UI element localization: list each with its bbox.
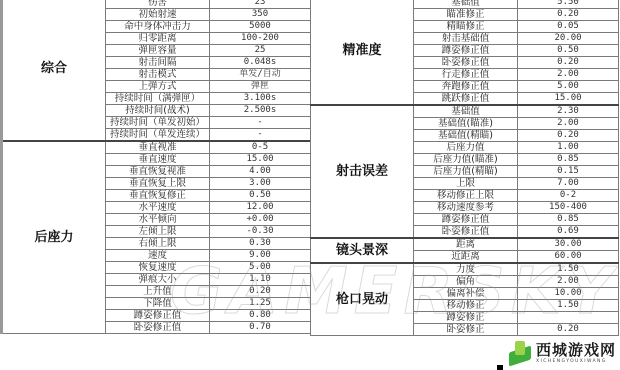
stat-label: 蹲姿修正值	[106, 310, 210, 322]
stat-value: 2.500s	[210, 105, 311, 117]
stat-label: 弹痕大小	[106, 274, 210, 286]
stat-label: 移动修正上限	[414, 190, 518, 202]
stat-value: 15.00	[210, 154, 311, 166]
group-header: 精准度	[311, 0, 414, 105]
stat-value: 0.50	[210, 190, 311, 202]
group-header: 射击误差	[311, 105, 414, 238]
stat-label: 持续时间（单发初始）	[106, 117, 210, 129]
stat-value: 15.00	[518, 93, 619, 106]
stat-label: 卧姿修正值	[106, 322, 210, 334]
group-header: 后座力	[2, 141, 106, 334]
stat-value: 单发/自动	[210, 69, 311, 81]
stat-label: 移动速度参考	[414, 202, 518, 214]
stat-label: 射击间隔	[106, 57, 210, 69]
stat-label: 弹匣容量	[106, 45, 210, 57]
stat-label: 基础值	[414, 105, 518, 118]
stat-value: 3.100s	[210, 93, 311, 105]
stat-value: 5.00	[210, 262, 311, 274]
stat-label: 初始射速	[106, 9, 210, 21]
stat-value: 150-400	[518, 202, 619, 214]
group-header: 综合	[2, 0, 106, 141]
stat-label: 后座力值	[414, 142, 518, 154]
stat-value: 7.00	[518, 178, 619, 190]
stat-value: 0.85	[518, 154, 619, 166]
stat-label: 上升值	[106, 286, 210, 298]
stat-value: 0-2	[518, 190, 619, 202]
stat-value: -0.30	[210, 226, 311, 238]
table-row: 后座力垂直视准0-5	[2, 141, 311, 154]
stat-value: 350	[210, 9, 311, 21]
stat-value: 60.00	[518, 251, 619, 264]
stat-label: 右倾上限	[106, 238, 210, 250]
group-header: 镜头景深	[311, 238, 414, 263]
stat-value: 20.00	[518, 33, 619, 45]
table-row: 射击误差基础值2.30	[311, 105, 619, 118]
stat-value: 4.00	[210, 166, 311, 178]
stat-label: 归零距离	[106, 33, 210, 45]
stat-value: -	[210, 129, 311, 142]
stat-label: 蹲姿修正值	[414, 45, 518, 57]
stat-value: 0.85	[518, 214, 619, 226]
stat-value: 30.00	[518, 238, 619, 251]
stat-value: 9.00	[210, 250, 311, 262]
stat-value: 1.50	[518, 263, 619, 276]
stat-value: 5000	[210, 21, 311, 33]
stat-label: 垂直恢复修正	[106, 190, 210, 202]
stat-value: 0.20	[518, 130, 619, 142]
stat-value: 2.30	[518, 105, 619, 118]
stat-label: 上弹方式	[106, 81, 210, 93]
stat-label: 基础值	[414, 0, 518, 9]
stat-value: 5.00	[518, 81, 619, 93]
stat-value	[518, 312, 619, 324]
table-row: 枪口晃动力度1.50	[311, 263, 619, 276]
stat-value: 5.50	[518, 0, 619, 9]
left-stats-table: 综合伤害23初始射速350命中身体冲击力5000归零距离100-200弹匣容量2…	[0, 0, 311, 334]
stat-value: 0.69	[518, 226, 619, 239]
stat-label: 近距离	[414, 251, 518, 264]
stat-value: +0.00	[210, 214, 311, 226]
stat-label: 水平倾向	[106, 214, 210, 226]
stat-value: 0.70	[210, 322, 311, 334]
stat-value: 0.20	[210, 286, 311, 298]
stat-value: 1.10	[210, 274, 311, 286]
table-row: 镜头景深距离30.00	[311, 238, 619, 251]
stat-label: 蹲姿修正值	[414, 214, 518, 226]
stat-value: 0.20	[518, 9, 619, 21]
stat-value: 0.20	[518, 57, 619, 69]
stat-label: 跳跃修正值	[414, 93, 518, 106]
stat-label: 偏离补偿	[414, 288, 518, 300]
stat-value: 0.048s	[210, 57, 311, 69]
stat-label: 力度	[414, 263, 518, 276]
stat-value: 2.00	[518, 69, 619, 81]
stat-value: 1.00	[518, 142, 619, 154]
stat-value: 25	[210, 45, 311, 57]
stat-label: 精瞄修正	[414, 21, 518, 33]
stat-value: 1.25	[210, 298, 311, 310]
logo-name-en: XICHENGYOUXIWANG	[536, 359, 616, 365]
stat-label: 卧姿修正值	[414, 57, 518, 69]
stat-label: 持续时间（单发连续）	[106, 129, 210, 142]
stat-label: 持续时间(战术)	[106, 105, 210, 117]
stat-label: 射击基础值	[414, 33, 518, 45]
table-row: 综合伤害23	[2, 0, 311, 9]
stat-label: 垂直视准	[106, 141, 210, 154]
stat-label: 上限	[414, 178, 518, 190]
stat-label: 下降值	[106, 298, 210, 310]
stat-label: 奔跑修正值	[414, 81, 518, 93]
stat-value: 0.05	[518, 21, 619, 33]
stat-label: 瞄准修正	[414, 9, 518, 21]
stat-label: 左倾上限	[106, 226, 210, 238]
stat-label: 水平速度	[106, 202, 210, 214]
stats-sheet: 综合伤害23初始射速350命中身体冲击力5000归零距离100-200弹匣容量2…	[0, 0, 620, 370]
stat-value: -	[210, 117, 311, 129]
logo-leaf-icon	[507, 341, 533, 367]
table-row: 精准度基础值5.50	[311, 0, 619, 9]
stat-label: 卧姿修正	[414, 324, 518, 336]
stat-value: 0.15	[518, 166, 619, 178]
stat-label: 垂直速度	[106, 154, 210, 166]
stat-value: 0.20	[518, 324, 619, 336]
stat-label: 行走修正值	[414, 69, 518, 81]
stat-value: 1.50	[518, 300, 619, 312]
stat-label: 伤害	[106, 0, 210, 9]
stat-value: 3.00	[210, 178, 311, 190]
stat-value: 100-200	[210, 33, 311, 45]
stat-label: 移动修正	[414, 300, 518, 312]
stat-label: 偏角	[414, 276, 518, 288]
stat-label: 垂直恢复上限	[106, 178, 210, 190]
stat-value: 2.00	[518, 118, 619, 130]
stat-label: 基础值(瞄准)	[414, 118, 518, 130]
stat-value: 0.30	[210, 238, 311, 250]
site-logo: 西城游戏网 XICHENGYOUXIWANG	[503, 337, 620, 370]
stat-label: 距离	[414, 238, 518, 251]
stat-value: 弹匣	[210, 81, 311, 93]
stat-value: 0.50	[518, 45, 619, 57]
stat-label: 后座力值(瞄准)	[414, 154, 518, 166]
stat-label: 垂直恢复视准	[106, 166, 210, 178]
stat-value: 0.80	[210, 310, 311, 322]
stat-label: 基础值(精瞄)	[414, 130, 518, 142]
stat-label: 命中身体冲击力	[106, 21, 210, 33]
stat-label: 持续时间（满弹匣）	[106, 93, 210, 105]
stat-label: 后座力值(精瞄)	[414, 166, 518, 178]
stat-label: 卧姿修正值	[414, 226, 518, 239]
stat-label: 速度	[106, 250, 210, 262]
right-stats-table: 精准度基础值5.50瞄准修正0.20精瞄修正0.05射击基础值20.00蹲姿修正…	[310, 0, 619, 336]
stat-value: 12.00	[210, 202, 311, 214]
stat-value: 0-5	[210, 141, 311, 154]
logo-name-cn: 西城游戏网	[536, 342, 616, 359]
stat-value: 2.00	[518, 276, 619, 288]
stat-value: 23	[210, 0, 311, 9]
stat-label: 射击模式	[106, 69, 210, 81]
stat-value: 10.00	[518, 288, 619, 300]
stat-label: 恢复速度	[106, 262, 210, 274]
group-header: 枪口晃动	[311, 263, 414, 336]
stat-label: 蹲姿修正	[414, 312, 518, 324]
